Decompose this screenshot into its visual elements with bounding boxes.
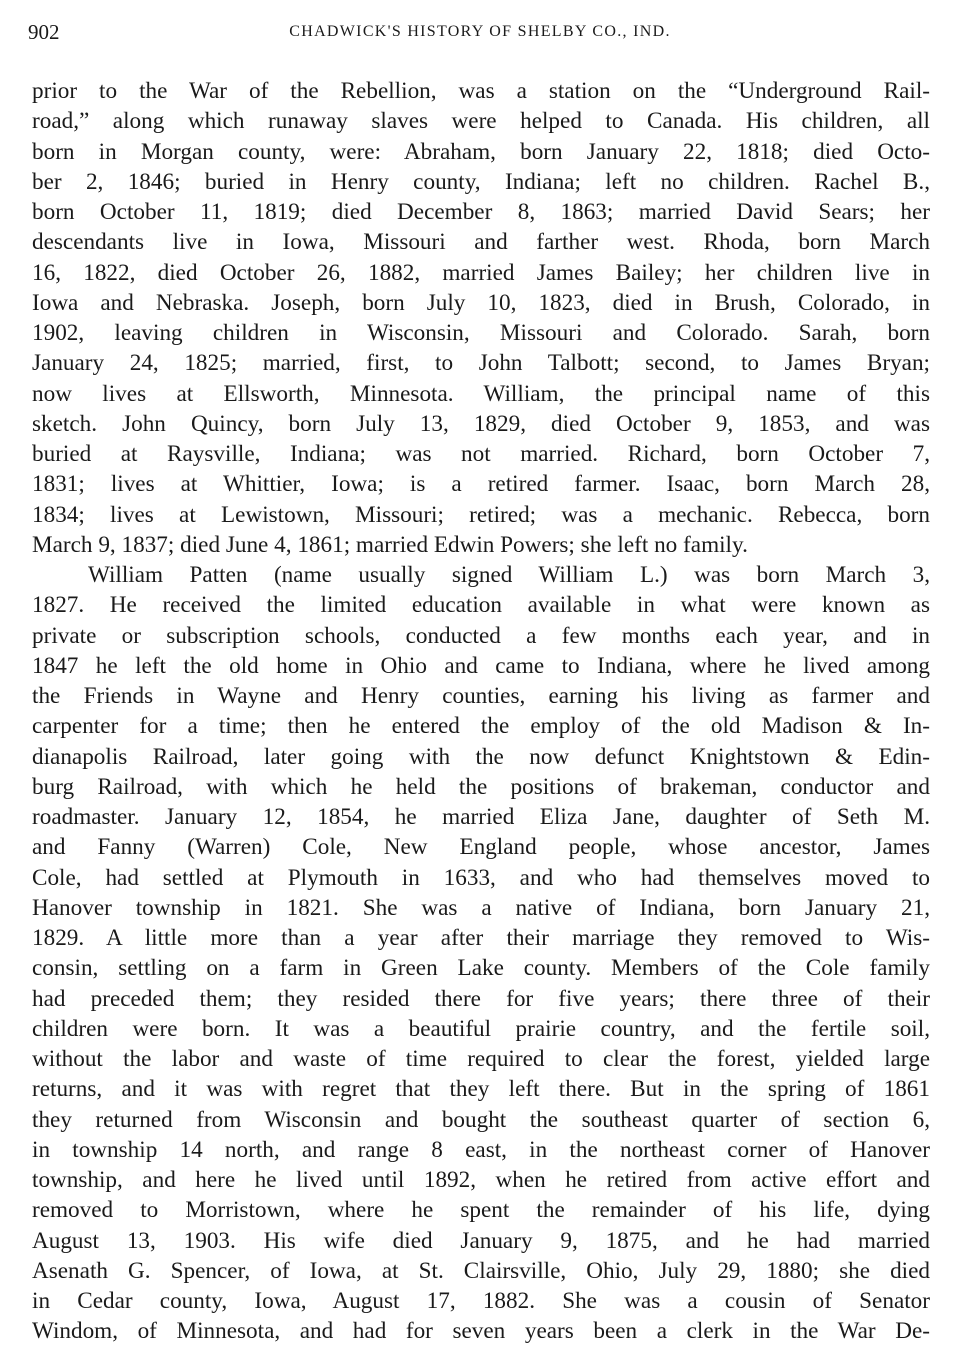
text-line: 1847 he left the old home in Ohio and ca… [32,651,930,681]
text-line: in Cedar county, Iowa, August 17, 1882. … [32,1286,930,1316]
text-line: they returned from Wisconsin and bought … [32,1105,930,1135]
text-line: removed to Morristown, where he spent th… [32,1195,930,1225]
text-line: township, and here he lived until 1892, … [32,1165,930,1195]
text-line: prior to the War of the Rebellion, was a… [32,76,930,106]
text-line: burg Railroad, with which he held the po… [32,772,930,802]
text-line: without the labor and waste of time requ… [32,1044,930,1074]
text-line: Cole, had settled at Plymouth in 1633, a… [32,863,930,893]
text-line: born in Morgan county, were: Abraham, bo… [32,137,930,167]
text-line: Asenath G. Spencer, of Iowa, at St. Clai… [32,1256,930,1286]
body-text: prior to the War of the Rebellion, was a… [32,76,930,1347]
text-line: and Fanny (Warren) Cole, New England peo… [32,832,930,862]
running-title: Chadwick's History of Shelby Co., Ind. [28,23,932,41]
text-line: the Friends in Wayne and Henry counties,… [32,681,930,711]
text-line: descendants live in Iowa, Missouri and f… [32,227,930,257]
text-line: sketch. John Quincy, born July 13, 1829,… [32,409,930,439]
text-line: 1829. A little more than a year after th… [32,923,930,953]
text-line: born October 11, 1819; died December 8, … [32,197,930,227]
text-line: 1831; lives at Whittier, Iowa; is a reti… [32,469,930,499]
text-line: returns, and it was with regret that the… [32,1074,930,1104]
text-line: roadmaster. January 12, 1854, he married… [32,802,930,832]
text-line: had preceded them; they resided there fo… [32,984,930,1014]
text-line: Iowa and Nebraska. Joseph, born July 10,… [32,288,930,318]
text-line: 1827. He received the limited education … [32,590,930,620]
text-line: Hanover township in 1821. She was a nati… [32,893,930,923]
text-line: 16, 1822, died October 26, 1882, married… [32,258,930,288]
text-line: private or subscription schools, conduct… [32,621,930,651]
text-line: buried at Raysville, Indiana; was not ma… [32,439,930,469]
text-line: 1834; lives at Lewistown, Missouri; reti… [32,500,930,530]
text-line: now lives at Ellsworth, Minnesota. Willi… [32,379,930,409]
text-line: children were born. It was a beautiful p… [32,1014,930,1044]
text-line: road,” along which runaway slaves were h… [32,106,930,136]
text-line: carpenter for a time; then he entered th… [32,711,930,741]
paragraph-start-line: William Patten (name usually signed Will… [32,560,930,590]
page-header: 902 Chadwick's History of Shelby Co., In… [28,20,932,48]
text-line: dianapolis Railroad, later going with th… [32,742,930,772]
text-line: 1902, leaving children in Wisconsin, Mis… [32,318,930,348]
text-line: August 13, 1903. His wife died January 9… [32,1226,930,1256]
text-line: ber 2, 1846; buried in Henry county, Ind… [32,167,930,197]
text-line: Windom, of Minnesota, and had for seven … [32,1316,930,1346]
paragraph-end-line: March 9, 1837; died June 4, 1861; marrie… [32,530,930,560]
text-line: in township 14 north, and range 8 east, … [32,1135,930,1165]
text-line: January 24, 1825; married, first, to Joh… [32,348,930,378]
text-line: consin, settling on a farm in Green Lake… [32,953,930,983]
